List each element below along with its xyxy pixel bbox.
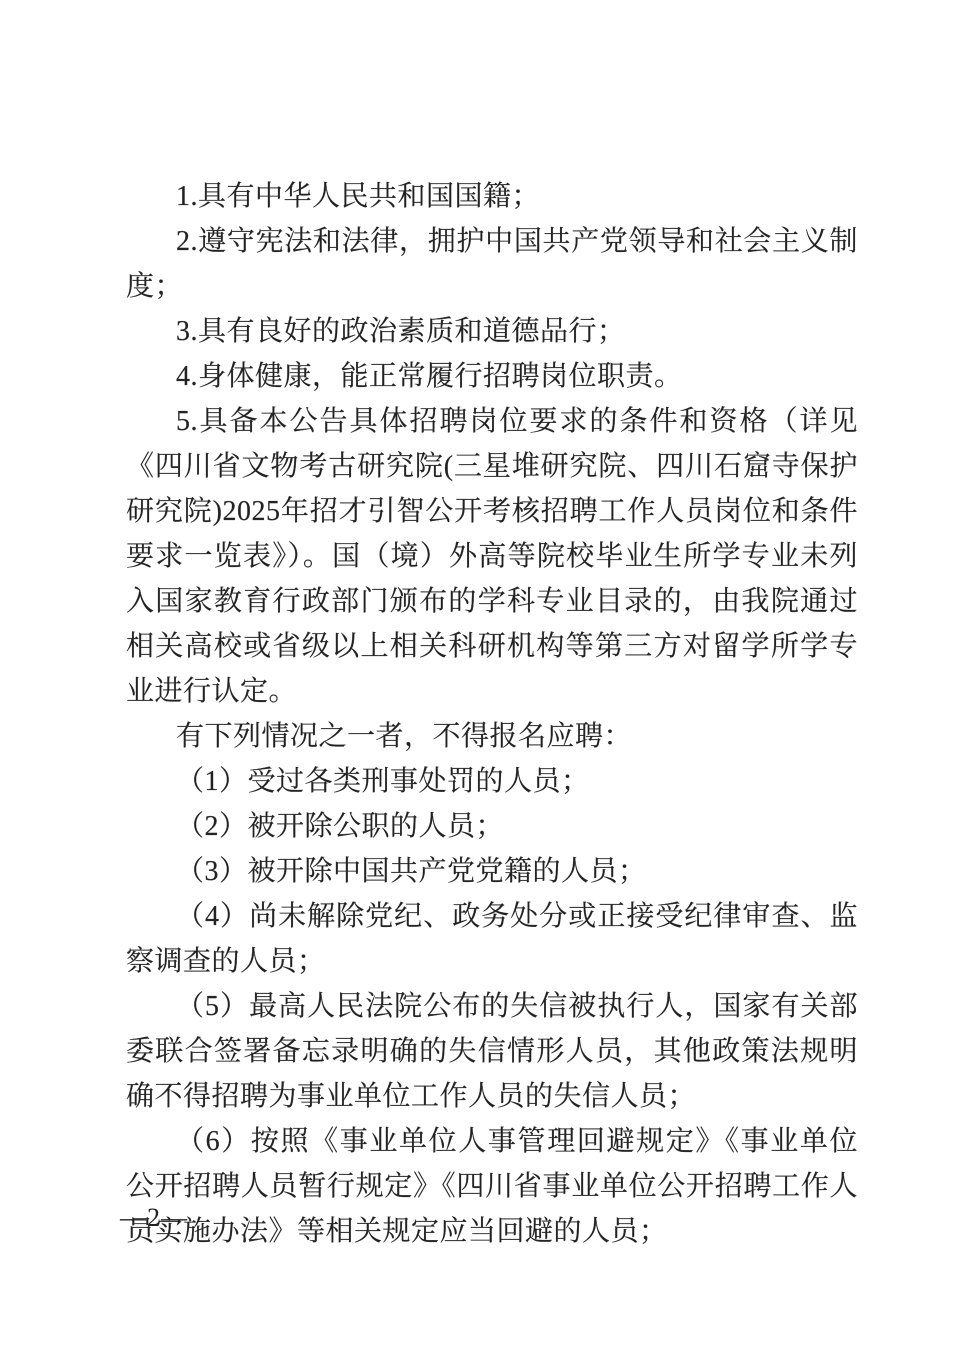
document-body: 1.具有中华人民共和国国籍； 2.遵守宪法和法律，拥护中国共产党领导和社会主义制…	[126, 174, 858, 1254]
paragraph-exclusion-intro: 有下列情况之一者，不得报名应聘：	[126, 714, 858, 759]
paragraph-condition-4: 4.身体健康，能正常履行招聘岗位职责。	[126, 354, 858, 399]
paragraph-condition-1: 1.具有中华人民共和国国籍；	[126, 174, 858, 219]
paragraph-exclusion-5: （5）最高人民法院公布的失信被执行人，国家有关部委联合签署备忘录明确的失信情形人…	[126, 984, 858, 1119]
paragraph-exclusion-6: （6）按照《事业单位人事管理回避规定》《事业单位公开招聘人员暂行规定》《四川省事…	[126, 1119, 858, 1254]
paragraph-condition-5: 5.具备本公告具体招聘岗位要求的条件和资格（详见《四川省文物考古研究院(三星堆研…	[126, 399, 858, 714]
paragraph-exclusion-2: （2）被开除公职的人员；	[126, 804, 858, 849]
paragraph-condition-3: 3.具有良好的政治素质和道德品行；	[126, 309, 858, 354]
paragraph-exclusion-1: （1）受过各类刑事处罚的人员；	[126, 759, 858, 804]
document-sheet: 1.具有中华人民共和国国籍； 2.遵守宪法和法律，拥护中国共产党领导和社会主义制…	[0, 0, 960, 1357]
paragraph-exclusion-4: （4）尚未解除党纪、政务处分或正接受纪律审查、监察调查的人员；	[126, 894, 858, 984]
paragraph-condition-2: 2.遵守宪法和法律，拥护中国共产党领导和社会主义制度；	[126, 219, 858, 309]
scanned-document-page: { "document": { "language": "zh-CN", "pa…	[0, 0, 960, 1357]
page-number: —2—	[120, 1203, 188, 1233]
paragraph-exclusion-3: （3）被开除中国共产党党籍的人员；	[126, 849, 858, 894]
